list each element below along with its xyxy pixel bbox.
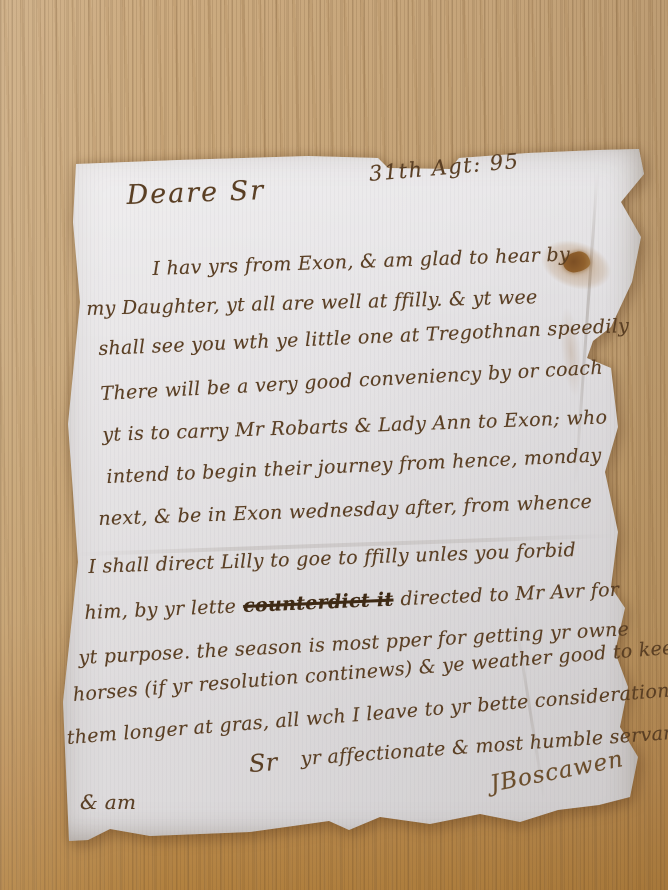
closing-address: Sr (248, 748, 278, 778)
photo-of-handwritten-letter: 31th Agt: 95 Deare Sr I hav yrs from Exo… (0, 0, 668, 890)
closing-lead: & am (80, 790, 136, 814)
letter-salutation: Deare Sr (126, 175, 266, 211)
